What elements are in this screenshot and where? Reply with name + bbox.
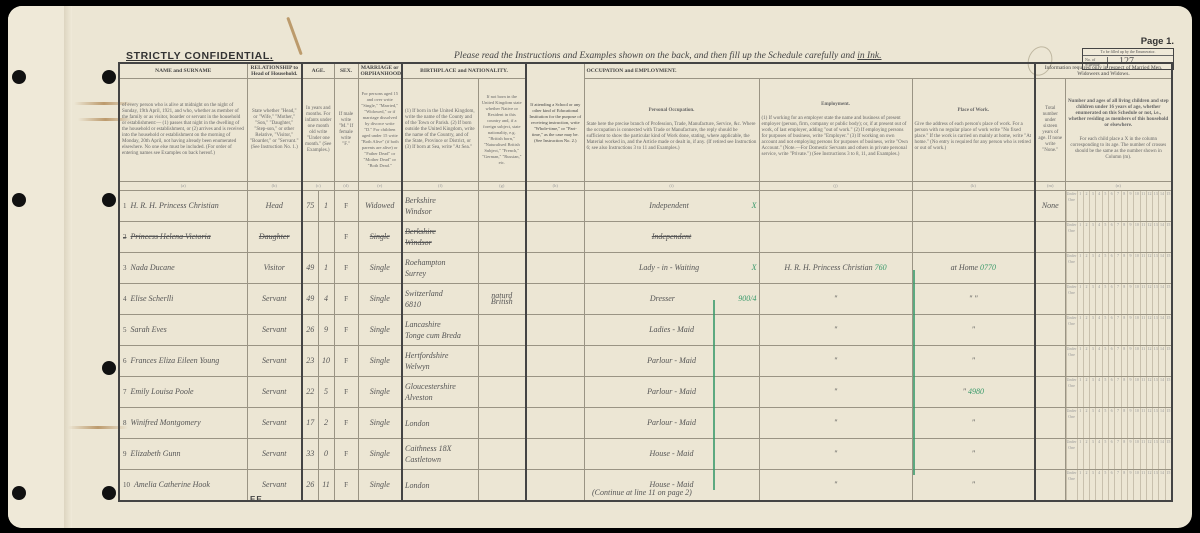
relationship: Servant [247, 439, 302, 470]
employment-instructions: Employment.(1) If working for an employe… [759, 79, 912, 182]
birthplace: Switzerland6810 [402, 284, 478, 315]
employment: " [759, 439, 912, 470]
sex: F [334, 377, 358, 408]
binding-strip [8, 6, 65, 528]
children-total-instructions: Total number under sixteen years of age.… [1035, 79, 1065, 182]
children-ages-grid: Under One123456789101112131415 [1065, 408, 1172, 439]
children-ages-grid: Under One123456789101112131415 [1065, 470, 1172, 502]
place-of-work-instructions: Place of Work.Give the address of each p… [912, 79, 1035, 182]
col-relationship-header: RELATIONSHIP to Head of Household. [247, 63, 302, 79]
person-name: 10Amelia Catherine Hook [119, 470, 247, 502]
person-row: 9Elizabeth Gunn Servant 33 0 F Single Ca… [119, 439, 1172, 470]
age-years: 49 [302, 284, 318, 315]
nationality [478, 315, 526, 346]
nationality [478, 346, 526, 377]
age-column: Under One [1066, 284, 1077, 314]
person-name: 4Elise Scherlli [119, 284, 247, 315]
age-years [302, 222, 318, 253]
relationship: Servant [247, 315, 302, 346]
age-column: Under One [1066, 408, 1077, 438]
employment [759, 222, 912, 253]
punch-hole [12, 486, 26, 500]
birthplace: London [402, 470, 478, 502]
employment: " [759, 377, 912, 408]
marriage-instructions: For persons aged 15 and over write "Sing… [358, 79, 402, 182]
personal-occupation: House - Maid [584, 439, 759, 470]
punch-hole [102, 70, 116, 84]
age-column: 15 [1165, 408, 1171, 438]
age-column: Under One [1066, 222, 1077, 252]
fill-instruction: Please read the Instructions and Example… [454, 51, 882, 61]
nationality [478, 377, 526, 408]
stain [286, 17, 302, 56]
punch-hole [12, 70, 26, 84]
place-of-work: " 4980 [912, 377, 1035, 408]
census-table: NAME and SURNAME RELATIONSHIP to Head of… [118, 62, 1173, 502]
place-of-work [912, 191, 1035, 222]
children-total [1035, 408, 1065, 439]
birthplace: BerkshireWindsor [402, 191, 478, 222]
nationality [478, 222, 526, 253]
employment [759, 191, 912, 222]
personal-occupation: Parlour - Maid [584, 346, 759, 377]
sex-instructions: If male write "M." If female write "F." [334, 79, 358, 182]
page-title: STRICTLY CONFIDENTIAL. [126, 50, 273, 62]
age-years: 22 [302, 377, 318, 408]
personal-occupation: Lady - in - Waiting X [584, 253, 759, 284]
age-column: Under One [1066, 191, 1077, 221]
age-months [318, 222, 334, 253]
children-total [1035, 222, 1065, 253]
nationality [478, 253, 526, 284]
col-education-instructions: If attending a School or any other kind … [526, 63, 584, 182]
employment: " [759, 315, 912, 346]
col-sex-header: SEX. [334, 63, 358, 79]
sex: F [334, 253, 358, 284]
children-ages-grid: Under One123456789101112131415 [1065, 315, 1172, 346]
marital-status: Single [358, 222, 402, 253]
place-of-work: at Home 0770 [912, 253, 1035, 284]
sex: F [334, 222, 358, 253]
children-ages-grid: Under One123456789101112131415 [1065, 222, 1172, 253]
relationship: Servant [247, 284, 302, 315]
employment: " [759, 284, 912, 315]
marital-status: Single [358, 253, 402, 284]
age-years: 75 [302, 191, 318, 222]
children-total: None [1035, 191, 1065, 222]
col-name-header: NAME and SURNAME [119, 63, 247, 79]
children-total [1035, 253, 1065, 284]
children-ages-grid: Under One123456789101112131415 [1065, 253, 1172, 284]
person-name: 1H. R. H. Princess Christian [119, 191, 247, 222]
children-ages-grid: Under One123456789101112131415 [1065, 284, 1172, 315]
age-column: 15 [1165, 470, 1171, 500]
birthplace-instructions: (1) If born in the United Kingdom, write… [402, 79, 478, 182]
sex: F [334, 284, 358, 315]
personal-occupation: Parlour - Maid [584, 408, 759, 439]
person-name: 6Frances Eliza Eileen Young [119, 346, 247, 377]
age-months: 11 [318, 470, 334, 502]
person-name: 2Princess Helena Victoria [119, 222, 247, 253]
marital-status: Single [358, 439, 402, 470]
personal-occupation: Ladies - Maid [584, 315, 759, 346]
sex: F [334, 408, 358, 439]
sex: F [334, 315, 358, 346]
relationship-instructions: State whether "Head," or "Wife," "Mother… [247, 79, 302, 182]
age-column: Under One [1066, 315, 1077, 345]
employment: " [759, 470, 912, 502]
education [526, 284, 584, 315]
person-name: 5Sarah Eves [119, 315, 247, 346]
children-total [1035, 470, 1065, 502]
age-column: Under One [1066, 253, 1077, 283]
page-number: Page 1. [1141, 36, 1174, 47]
col-birthplace-header: BIRTHPLACE and NATIONALITY. [402, 63, 526, 79]
children-ages-grid: Under One123456789101112131415 [1065, 191, 1172, 222]
col-occupation-header: OCCUPATION and EMPLOYMENT. [584, 63, 1035, 79]
birthplace: GloucestershireAlveston [402, 377, 478, 408]
age-years: 23 [302, 346, 318, 377]
instructions-row: of every person who is alive at midnight… [119, 79, 1172, 182]
age-months: 10 [318, 346, 334, 377]
employment: H. R. H. Princess Christian 760 [759, 253, 912, 284]
marital-status: Single [358, 408, 402, 439]
birthplace: London [402, 408, 478, 439]
marital-status: Single [358, 377, 402, 408]
col-marriage-header: MARRIAGE or ORPHANHOOD. [358, 63, 402, 79]
punch-hole [12, 193, 26, 207]
relationship: Servant [247, 408, 302, 439]
employment: " [759, 346, 912, 377]
age-column: 15 [1165, 284, 1171, 314]
place-of-work: " [912, 408, 1035, 439]
education [526, 470, 584, 502]
sex: F [334, 470, 358, 502]
green-pencil-mark [913, 270, 915, 475]
form-code: EE [250, 495, 263, 504]
birthplace: HertfordshireWelwyn [402, 346, 478, 377]
children-ages-grid: Under One123456789101112131415 [1065, 346, 1172, 377]
birthplace: BerkshireWindsor [402, 222, 478, 253]
age-months: 1 [318, 191, 334, 222]
personal-occupation: Parlour - Maid [584, 377, 759, 408]
punch-hole [102, 361, 116, 375]
place-of-work: " " [912, 284, 1035, 315]
person-name: 3Nada Ducane [119, 253, 247, 284]
education [526, 253, 584, 284]
place-of-work: " [912, 315, 1035, 346]
children-total [1035, 439, 1065, 470]
age-years: 49 [302, 253, 318, 284]
person-name: 7Emily Louisa Poole [119, 377, 247, 408]
marital-status: Widowed [358, 191, 402, 222]
age-column: 15 [1165, 439, 1171, 469]
age-column: 15 [1165, 222, 1171, 252]
relationship: Servant [247, 346, 302, 377]
page-fold [64, 6, 72, 528]
age-years: 17 [302, 408, 318, 439]
education [526, 408, 584, 439]
age-months: 0 [318, 439, 334, 470]
marital-status: Single [358, 470, 402, 502]
column-numbers-row: (a) (b) (c) (d) (e) (f) (g) (h) (i) (j) … [119, 182, 1172, 191]
education [526, 377, 584, 408]
age-months: 9 [318, 315, 334, 346]
children-total [1035, 346, 1065, 377]
marital-status: Single [358, 315, 402, 346]
age-column: Under One [1066, 346, 1077, 376]
col-age-header: AGE. [302, 63, 334, 79]
age-months: 4 [318, 284, 334, 315]
children-total [1035, 284, 1065, 315]
personal-occupation: Independent [584, 222, 759, 253]
nationality [478, 439, 526, 470]
punch-hole [102, 486, 116, 500]
continue-note: (Continue at line 11 on page 2) [592, 488, 692, 497]
relationship: Visitor [247, 253, 302, 284]
education [526, 222, 584, 253]
nationality-instructions: If not born in the United Kingdom state … [478, 79, 526, 182]
age-column: 15 [1165, 253, 1171, 283]
place-of-work: " [912, 470, 1035, 502]
person-row: 7Emily Louisa Poole Servant 22 5 F Singl… [119, 377, 1172, 408]
age-column: 15 [1165, 346, 1171, 376]
age-years: 26 [302, 315, 318, 346]
nationality [478, 191, 526, 222]
children-total [1035, 377, 1065, 408]
age-column: 15 [1165, 191, 1171, 221]
relationship: Daughter [247, 222, 302, 253]
person-row: 2Princess Helena Victoria Daughter F Sin… [119, 222, 1172, 253]
person-name: 9Elizabeth Gunn [119, 439, 247, 470]
place-of-work: " [912, 439, 1035, 470]
education [526, 346, 584, 377]
place-of-work [912, 222, 1035, 253]
marital-status: Single [358, 346, 402, 377]
col-children-header: Information required only in respect of … [1035, 63, 1172, 79]
age-years: 26 [302, 470, 318, 502]
age-column: 15 [1165, 377, 1171, 407]
personal-occupation-instructions: Personal Occupation.State here the preci… [584, 79, 759, 182]
birthplace: LancashireTonge cum Breda [402, 315, 478, 346]
person-row: 1H. R. H. Princess Christian Head 75 1 F… [119, 191, 1172, 222]
person-row: 4Elise Scherlli Servant 49 4 F Single Sw… [119, 284, 1172, 315]
age-column: Under One [1066, 470, 1077, 500]
employment: " [759, 408, 912, 439]
children-total [1035, 315, 1065, 346]
nationality [478, 470, 526, 502]
sex: F [334, 439, 358, 470]
nationality [478, 408, 526, 439]
education [526, 315, 584, 346]
children-ages-instructions: Number and ages of all living children a… [1065, 79, 1172, 182]
place-of-work: " [912, 346, 1035, 377]
person-row: 6Frances Eliza Eileen Young Servant 23 1… [119, 346, 1172, 377]
age-column: Under One [1066, 377, 1077, 407]
age-months: 2 [318, 408, 334, 439]
person-rows: 1H. R. H. Princess Christian Head 75 1 F… [119, 191, 1172, 502]
birthplace: RoehamptonSurrey [402, 253, 478, 284]
children-ages-grid: Under One123456789101112131415 [1065, 439, 1172, 470]
sex: F [334, 191, 358, 222]
education [526, 439, 584, 470]
green-pencil-mark [713, 300, 715, 490]
person-row: 5Sarah Eves Servant 26 9 F Single Lancas… [119, 315, 1172, 346]
age-column: 15 [1165, 315, 1171, 345]
name-instructions: of every person who is alive at midnight… [119, 79, 247, 182]
age-months: 5 [318, 377, 334, 408]
personal-occupation: Dresser 900/4 [584, 284, 759, 315]
children-ages-grid: Under One123456789101112131415 [1065, 377, 1172, 408]
education [526, 191, 584, 222]
person-row: 8Winifred Montgomery Servant 17 2 F Sing… [119, 408, 1172, 439]
punch-hole [102, 193, 116, 207]
person-name: 8Winifred Montgomery [119, 408, 247, 439]
person-row: 3Nada Ducane Visitor 49 1 F Single Roeha… [119, 253, 1172, 284]
relationship: Servant [247, 377, 302, 408]
birthplace: Caithness 18XCastletown [402, 439, 478, 470]
personal-occupation: Independent X [584, 191, 759, 222]
marital-status: Single [358, 284, 402, 315]
nationality: naturd British [478, 284, 526, 315]
age-column: Under One [1066, 439, 1077, 469]
sex: F [334, 346, 358, 377]
age-instructions: In years and months. For infants under o… [302, 79, 334, 182]
age-months: 1 [318, 253, 334, 284]
relationship: Head [247, 191, 302, 222]
header-row: NAME and SURNAME RELATIONSHIP to Head of… [119, 63, 1172, 79]
age-years: 33 [302, 439, 318, 470]
